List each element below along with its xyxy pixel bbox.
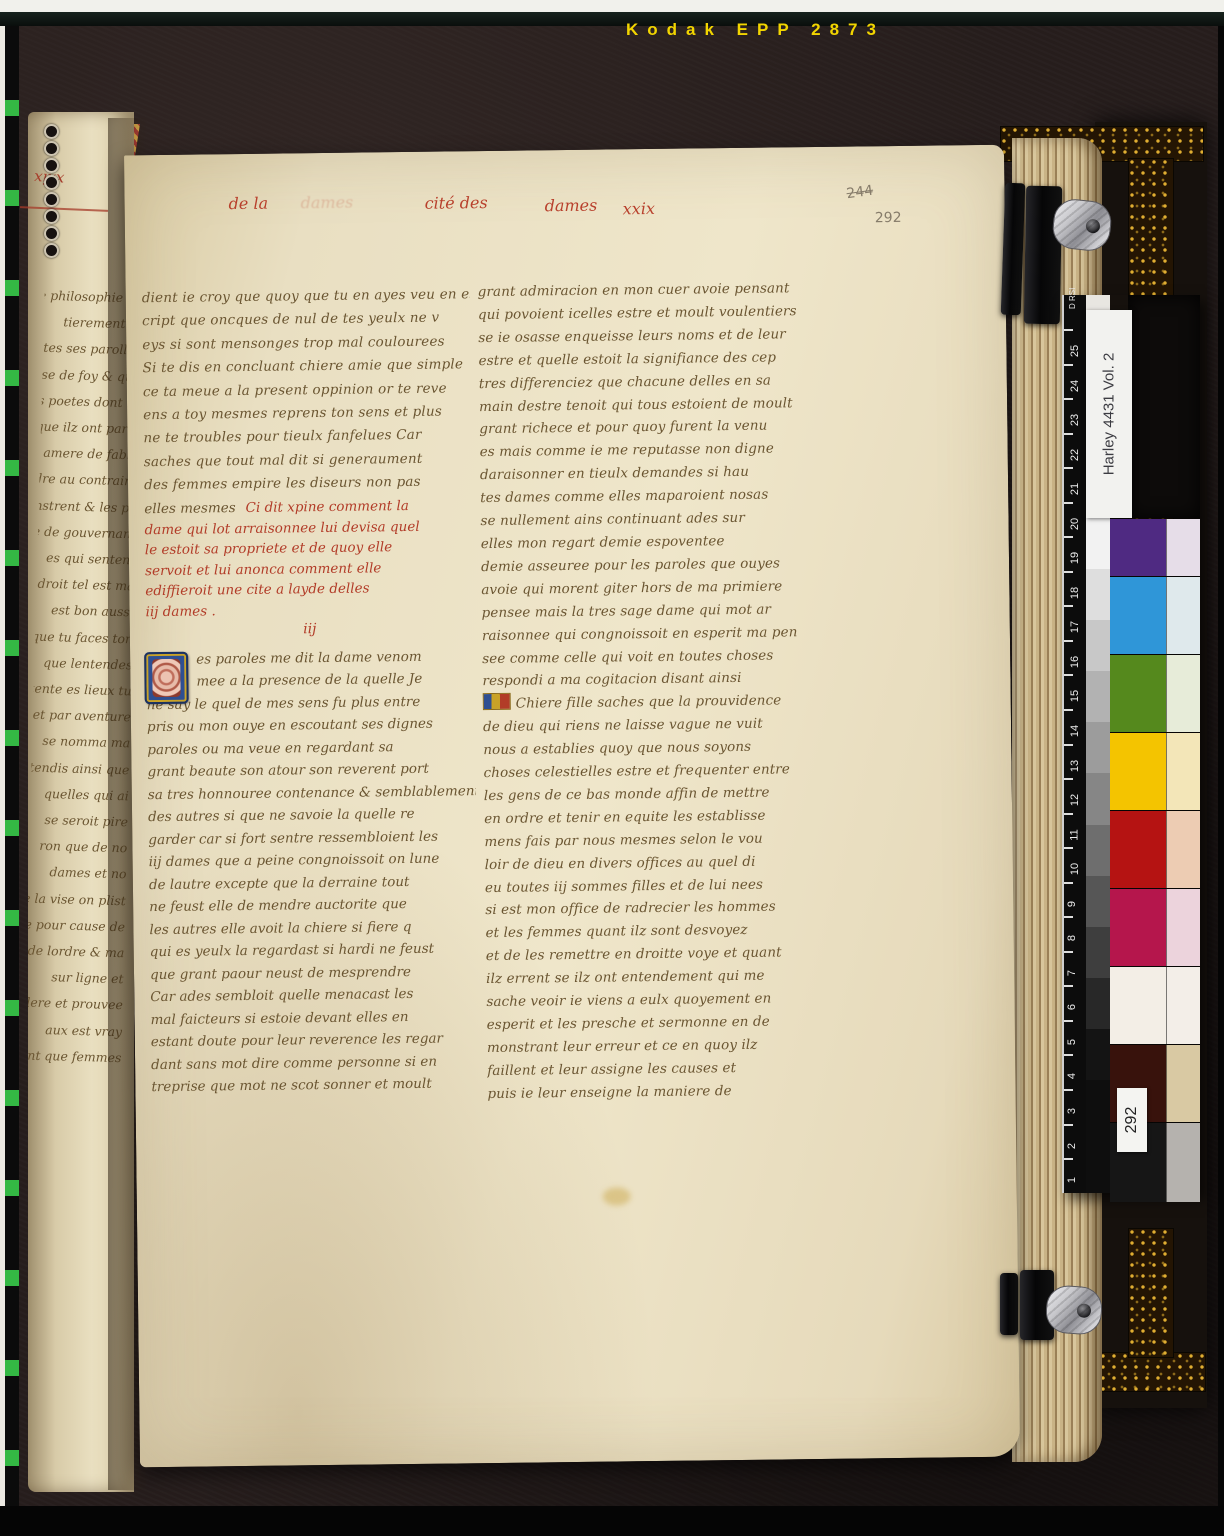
- mounting-dot: [44, 124, 59, 139]
- running-header-showthrough: dames: [300, 193, 353, 213]
- running-header-cite-des: cité des: [425, 193, 488, 213]
- top-clip-lever-hole: [1085, 218, 1100, 233]
- ruler-tick: 24: [1064, 364, 1088, 399]
- ruler-tick: 6: [1064, 985, 1088, 1020]
- manuscript-text-line: tres differenciez que chacune delles en …: [479, 369, 811, 396]
- illuminated-initial-C: [144, 651, 189, 704]
- manuscript-page: de la dames cité des dames xxix 244 292 …: [124, 145, 1020, 1468]
- dark-card-overlay: [1128, 295, 1200, 518]
- folio-sticker: 292: [1117, 1088, 1147, 1152]
- running-header-de-la: de la: [228, 194, 268, 213]
- film-edge-band: [0, 12, 1224, 26]
- gray-step: [1086, 518, 1110, 569]
- color-patch: [1110, 519, 1166, 576]
- manuscript-text-line: treprise que mot ne scot sonner et moult: [151, 1072, 479, 1099]
- text-column-right: grant admiracion en mon cuer avoie pensa…: [478, 277, 820, 1106]
- gray-step: [1086, 722, 1110, 773]
- color-patch-row: [1110, 966, 1200, 1044]
- ruler-tick: 5: [1064, 1020, 1088, 1055]
- manuscript-text-line: ens a toy mesmes reprens ton sens et plu…: [143, 400, 471, 427]
- foliation-current: 292: [875, 210, 902, 226]
- ruler-tick: 18: [1064, 571, 1088, 606]
- color-patch-row: [1110, 518, 1200, 576]
- gray-step: [1086, 978, 1110, 1029]
- ruler-tick: 25: [1064, 329, 1088, 364]
- top-clip-body: [1024, 186, 1062, 325]
- parchment-stain-small: [603, 1187, 631, 1205]
- ruler-brand-text: D RSI: [1068, 288, 1077, 309]
- ruler-tick: 15: [1064, 674, 1088, 709]
- ruler-tick: 4: [1064, 1054, 1088, 1089]
- ruler-tick: 21: [1064, 467, 1088, 502]
- ruler-tick: 7: [1064, 951, 1088, 986]
- manuscript-text-line: see comme celle qui voit en toutes chose…: [482, 644, 814, 671]
- shelfmark-label: Harley 4431 Vol. 2: [1086, 310, 1132, 518]
- ruler-tick: 19: [1064, 536, 1088, 571]
- ruler-tick: 1: [1064, 1158, 1088, 1193]
- ruler-tick: 12: [1064, 778, 1088, 813]
- color-patch-row: [1110, 654, 1200, 732]
- color-patch-tint: [1166, 519, 1200, 576]
- gray-step: [1086, 1029, 1110, 1080]
- manuscript-text-line: les gens de ce bas monde affin de mettre: [484, 781, 816, 808]
- ruler-tick: 9: [1064, 882, 1088, 917]
- manuscript-text-line: es mais comme ie me reputasse non digne: [480, 437, 812, 464]
- ruler-tick: 23: [1064, 398, 1088, 433]
- color-patch-row: [1110, 576, 1200, 654]
- ruler-tick: 16: [1064, 640, 1088, 675]
- gray-step: [1086, 876, 1110, 927]
- initial-line-text: Chiere fille saches que la prouvidence: [516, 693, 782, 712]
- color-patch-tint: [1166, 889, 1200, 966]
- ruler-tick: 14: [1064, 709, 1088, 744]
- left-column-body: es paroles me dit la dame venommee a la …: [146, 645, 479, 1099]
- grayscale-dark-zone: [1086, 1080, 1110, 1193]
- color-patch: [1110, 889, 1166, 966]
- gray-step: [1086, 569, 1110, 620]
- color-patch-tint: [1166, 577, 1200, 654]
- text-column-left: dient ie croy que quoy que tu en ayes ve…: [142, 283, 480, 1099]
- color-patch: [1110, 577, 1166, 654]
- ruler-tick: 11: [1064, 813, 1088, 848]
- manuscript-text-line: Si te dis en concluant chiere amie que s…: [142, 353, 470, 380]
- ruler-tick: 3: [1064, 1089, 1088, 1124]
- small-illuminated-mark: [483, 693, 511, 710]
- grayscale-steps: [1086, 518, 1110, 1080]
- manuscript-text-line: pris ou mon ouye en escoutant ses dignes: [147, 712, 475, 739]
- bottom-clip-arm: [1000, 1273, 1018, 1335]
- mounting-dot: [44, 192, 59, 207]
- right-column-part-a: grant admiracion en mon cuer avoie pensa…: [478, 277, 815, 693]
- color-patch: [1110, 967, 1166, 1044]
- ruler-tick: 2: [1064, 1124, 1088, 1159]
- left-body-indented-lines: es paroles me dit la dame venommee a la …: [146, 645, 475, 694]
- shelfmark-text: Harley 4431 Vol. 2: [1101, 353, 1118, 476]
- chapter-section-mark: iij: [146, 619, 474, 649]
- color-patch-row: [1110, 732, 1200, 810]
- color-patch-tint: [1166, 811, 1200, 888]
- mounting-dot: [44, 141, 59, 156]
- gray-step: [1086, 671, 1110, 722]
- ruler-tick: 10: [1064, 847, 1088, 882]
- manuscript-text-line: et de les remettre en droitte voye et qu…: [486, 941, 818, 968]
- ruler-scale: 2524232221201918171615141312111098765432…: [1064, 329, 1088, 1193]
- mounting-dot: [44, 243, 59, 258]
- color-patch-tint: [1166, 733, 1200, 810]
- bottom-clip-lever: [1044, 1284, 1103, 1336]
- manuscript-text-line: qui es yeulx la regardast si hardi ne fe…: [150, 937, 478, 964]
- left-body-lines: ne say le quel de mes sens fu plus entre…: [147, 690, 480, 1099]
- color-patch-tint: [1166, 655, 1200, 732]
- color-calibration-bar: D RSI 2524232221201918171615141312111098…: [1062, 295, 1200, 1193]
- mounting-dots: [44, 124, 59, 260]
- color-patch-tint: [1166, 1045, 1200, 1122]
- manuscript-text-line: esperit et les presche et sermonne en de: [487, 1010, 819, 1037]
- ruler-tick: 8: [1064, 916, 1088, 951]
- ruler-tick: 13: [1064, 744, 1088, 779]
- manuscript-text-line: sa tres honnouree contenance & semblable…: [148, 780, 476, 807]
- gray-step: [1086, 773, 1110, 824]
- mounting-dot: [44, 209, 59, 224]
- mounting-dot: [44, 175, 59, 190]
- manuscript-text-line: si est mon office de radrecier les homme…: [485, 895, 817, 922]
- color-patch: [1110, 733, 1166, 810]
- manuscript-text-line: tes dames comme elles maparoient nosas: [480, 483, 812, 510]
- color-patch: [1110, 811, 1166, 888]
- color-patch: [1110, 655, 1166, 732]
- gray-step: [1086, 927, 1110, 978]
- rubric-intro-red: Ci dit xpine comment la: [246, 498, 409, 516]
- photograph-canvas: Kodak EPP 2873 que philosophie natiereme…: [0, 0, 1224, 1536]
- ruler-tick: 20: [1064, 502, 1088, 537]
- rubric-intro-pre: elles mesmes: [144, 500, 235, 517]
- ruler-strip: D RSI 2524232221201918171615141312111098…: [1062, 295, 1088, 1193]
- foliation-struck: 244: [846, 183, 875, 202]
- running-header-chapter-number: xxix: [623, 199, 655, 218]
- initial-ornament: [152, 658, 180, 696]
- color-patch-tint: [1166, 1123, 1200, 1202]
- running-header-dames: dames: [545, 196, 598, 216]
- manuscript-text-line: puis ie leur enseigne la maniere de: [487, 1079, 819, 1106]
- film-edge-top: [0, 0, 1224, 12]
- mounting-dot: [44, 158, 59, 173]
- ruler-tick: 17: [1064, 605, 1088, 640]
- right-column-initial-line: Chiere fille saches que la prouvidence: [483, 689, 815, 716]
- color-patch-tint: [1166, 967, 1200, 1044]
- color-patch-row: [1110, 888, 1200, 966]
- manuscript-text-line: iij dames que a peine congnoissoit on lu…: [149, 847, 477, 874]
- gray-step: [1086, 620, 1110, 671]
- chapter-rubric: dame qui lot arraisonnee lui devisa quel…: [144, 516, 473, 623]
- bottom-clip-lever-hole: [1077, 1303, 1092, 1318]
- gold-tooling-right-lower: [1128, 1228, 1174, 1358]
- film-stock-label: Kodak EPP 2873: [626, 20, 885, 40]
- mounting-dot: [44, 226, 59, 241]
- folio-sticker-text: 292: [1123, 1107, 1141, 1134]
- film-sprocket-marks: [5, 26, 19, 1510]
- gray-step: [1086, 825, 1110, 876]
- ruler-tick: 22: [1064, 433, 1088, 468]
- film-edge-bottom: [0, 1506, 1224, 1536]
- color-patch-row: [1110, 810, 1200, 888]
- left-column-opening: dient ie croy que quoy que tu en ayes ve…: [142, 283, 473, 498]
- right-column-part-b: de dieu qui riens ne laisse vague ne vui…: [483, 712, 820, 1105]
- manuscript-text-line: raisonnee qui congnoissoit en esperit ma…: [482, 621, 814, 648]
